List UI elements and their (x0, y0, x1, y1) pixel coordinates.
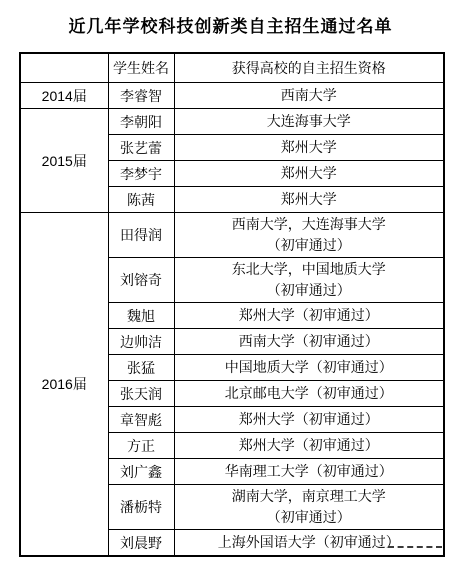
year-cell: 2014届 (20, 83, 108, 109)
college-line: 郑州大学（初审通过） (177, 409, 442, 430)
student-name-cell: 张天润 (108, 381, 174, 407)
student-name-cell: 张猛 (108, 355, 174, 381)
college-line: 郑州大学 (177, 163, 442, 184)
college-cell: 北京邮电大学（初审通过） (174, 381, 444, 407)
college-line: （初审通过） (177, 507, 442, 528)
student-name-cell: 潘栃特 (108, 485, 174, 530)
college-line: 华南理工大学（初审通过） (177, 461, 442, 482)
table-row: 2016届田得润西南大学，大连海事大学（初审通过） (20, 213, 444, 258)
college-line: 上海外国语大学（初审通过） (177, 532, 442, 553)
student-name-column-header: 学生姓名 (108, 53, 174, 83)
college-cell: 西南大学 (174, 83, 444, 109)
student-name-cell: 刘晨野 (108, 530, 174, 557)
page-title: 近几年学校科技创新类自主招生通过名单 (0, 12, 461, 37)
student-name-cell: 刘广鑫 (108, 459, 174, 485)
college-cell: 湖南大学，南京理工大学（初审通过） (174, 485, 444, 530)
admission-roster-table: 学生姓名 获得高校的自主招生资格 2014届李睿智西南大学2015届李朝阳大连海… (19, 52, 445, 557)
student-name-cell: 李朝阳 (108, 109, 174, 135)
student-name-cell: 刘镕奇 (108, 258, 174, 303)
table-body: 2014届李睿智西南大学2015届李朝阳大连海事大学张艺蕾郑州大学李梦宇郑州大学… (20, 83, 444, 557)
student-name-cell: 张艺蕾 (108, 135, 174, 161)
student-name-cell: 李睿智 (108, 83, 174, 109)
college-line: 西南大学 (177, 85, 442, 106)
table-row: 2015届李朝阳大连海事大学 (20, 109, 444, 135)
college-cell: 郑州大学（初审通过） (174, 303, 444, 329)
college-line: 郑州大学 (177, 137, 442, 158)
document-page: 近几年学校科技创新类自主招生通过名单 学生姓名 获得高校的自主招生资格 2014… (0, 0, 461, 570)
college-line: 郑州大学 (177, 189, 442, 210)
college-cell: 郑州大学 (174, 187, 444, 213)
college-line: 中国地质大学（初审通过） (177, 357, 442, 378)
college-cell: 西南大学，大连海事大学（初审通过） (174, 213, 444, 258)
college-cell: 郑州大学 (174, 135, 444, 161)
student-name-cell: 边帅洁 (108, 329, 174, 355)
college-line: 北京邮电大学（初审通过） (177, 383, 442, 404)
college-cell: 郑州大学（初审通过） (174, 407, 444, 433)
qualification-column-header: 获得高校的自主招生资格 (174, 53, 444, 83)
table-header: 学生姓名 获得高校的自主招生资格 (20, 53, 444, 83)
student-name-cell: 田得润 (108, 213, 174, 258)
college-line: 郑州大学（初审通过） (177, 305, 442, 326)
year-cell: 2016届 (20, 213, 108, 557)
student-name-cell: 章智彪 (108, 407, 174, 433)
college-line: 西南大学（初审通过） (177, 331, 442, 352)
college-cell: 郑州大学 (174, 161, 444, 187)
student-name-cell: 方正 (108, 433, 174, 459)
student-name-cell: 魏旭 (108, 303, 174, 329)
table-row: 2014届李睿智西南大学 (20, 83, 444, 109)
college-cell: 中国地质大学（初审通过） (174, 355, 444, 381)
college-line: 西南大学，大连海事大学 (177, 214, 442, 235)
student-name-cell: 陈茜 (108, 187, 174, 213)
college-line: 郑州大学（初审通过） (177, 435, 442, 456)
college-cell: 大连海事大学 (174, 109, 444, 135)
year-column-header (20, 53, 108, 83)
college-line: 大连海事大学 (177, 111, 442, 132)
college-line: （初审通过） (177, 235, 442, 256)
college-line: 湖南大学，南京理工大学 (177, 486, 442, 507)
college-cell: 西南大学（初审通过） (174, 329, 444, 355)
college-cell: 华南理工大学（初审通过） (174, 459, 444, 485)
college-cell: 东北大学，中国地质大学（初审通过） (174, 258, 444, 303)
college-cell: 上海外国语大学（初审通过） (174, 530, 444, 557)
year-cell: 2015届 (20, 109, 108, 213)
header-row: 学生姓名 获得高校的自主招生资格 (20, 53, 444, 83)
college-line: 东北大学，中国地质大学 (177, 259, 442, 280)
dashed-underline-artifact (388, 546, 442, 548)
college-cell: 郑州大学（初审通过） (174, 433, 444, 459)
college-line: （初审通过） (177, 280, 442, 301)
student-name-cell: 李梦宇 (108, 161, 174, 187)
